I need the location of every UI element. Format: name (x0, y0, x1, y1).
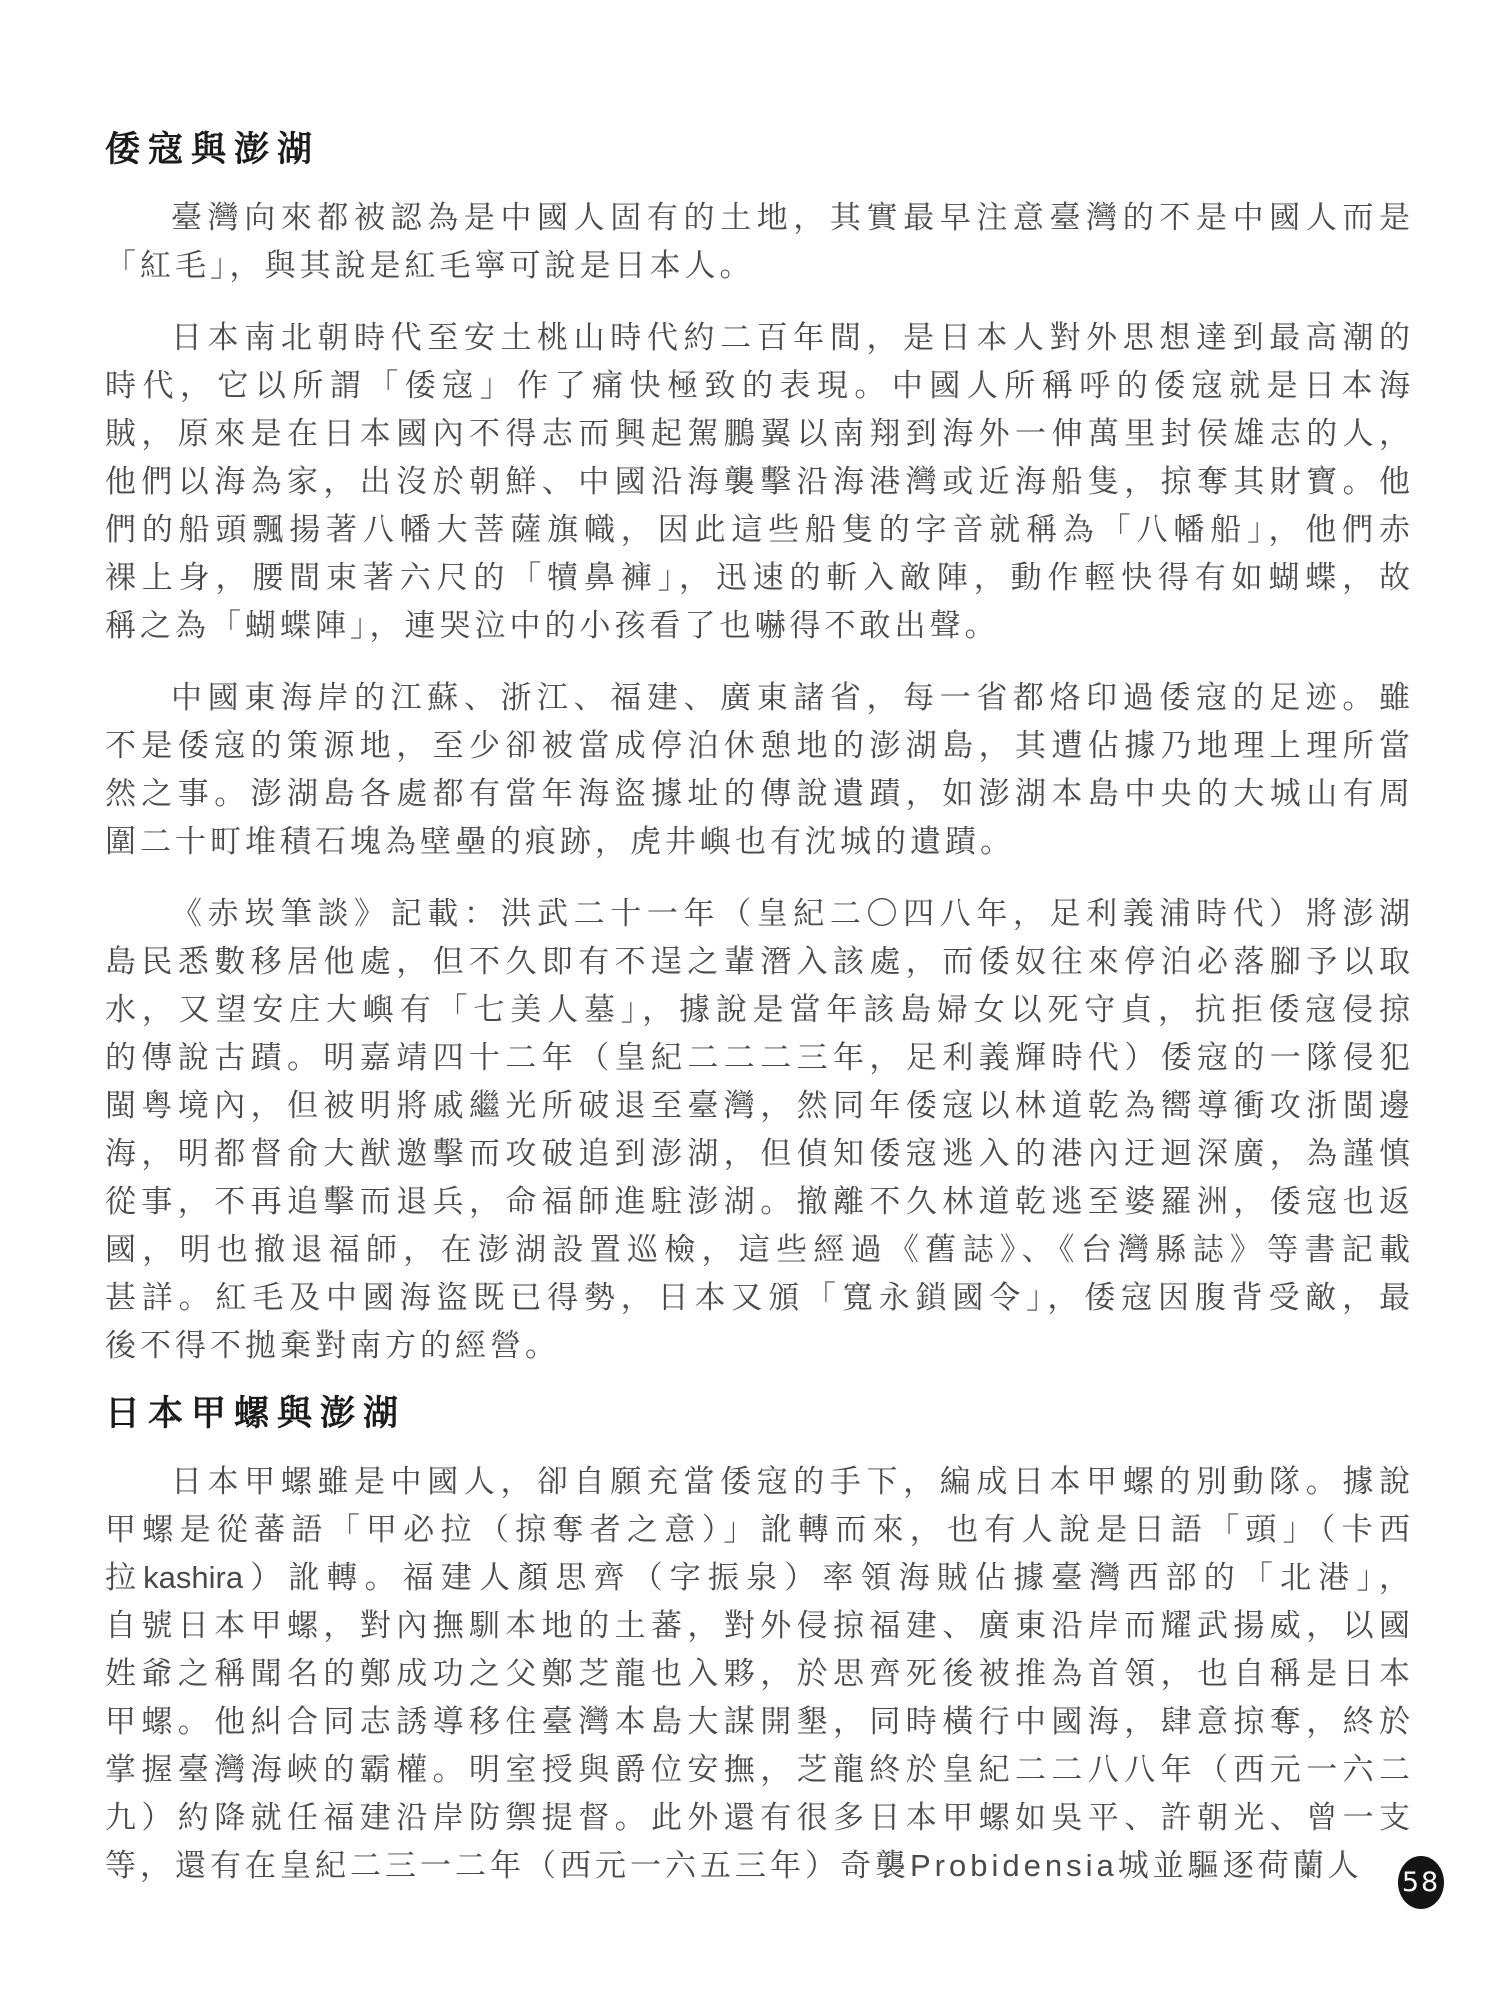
text-line: 從事，不再追擊而退兵，命福師進駐澎湖。撤離不久林道乾逃至婆羅洲，倭寇也返 (105, 1178, 1410, 1226)
text-line: 日本甲螺雖是中國人，卻自願充當倭寇的手下，編成日本甲螺的別動隊。據說 (105, 1458, 1410, 1506)
text-line: 圍二十町堆積石塊為壁壘的痕跡，虎井嶼也有沈城的遺蹟。 (105, 818, 1410, 866)
text-line: 的傳說古蹟。明嘉靖四十二年（皇紀二二二三年，足利義輝時代）倭寇的一隊侵犯 (105, 1034, 1410, 1082)
text-line: 閩粤境內，但被明將戚繼光所破退至臺灣，然同年倭寇以林道乾為嚮導衝攻浙閩邊 (105, 1082, 1410, 1130)
text-line: 「紅毛」，與其說是紅毛寧可說是日本人。 (105, 242, 1410, 290)
text-line: 後不得不拋棄對南方的經營。 (105, 1322, 1410, 1370)
text-line: 自號日本甲螺，對內撫馴本地的土蕃，對外侵掠福建、廣東沿岸而耀武揚威，以國 (105, 1602, 1410, 1650)
text-line: 甚詳。紅毛及中國海盜既已得勢，日本又頒「寬永鎖國令」，倭寇因腹背受敵，最 (105, 1274, 1410, 1322)
text-line: 臺灣向來都被認為是中國人固有的土地，其實最早注意臺灣的不是中國人而是 (105, 194, 1410, 242)
section-heading: 倭寇與澎湖 (105, 130, 1410, 170)
page-number: 58 (1402, 1867, 1440, 1898)
text-line: 國，明也撤退福師，在澎湖設置巡檢，這些經過《舊誌》、《台灣縣誌》等書記載 (105, 1226, 1410, 1274)
text-line: 島民悉數移居他處，但不久即有不逞之輩潛入該處，而倭奴往來停泊必落腳予以取 (105, 938, 1410, 986)
paragraph: 日本甲螺雖是中國人，卻自願充當倭寇的手下，編成日本甲螺的別動隊。據說甲螺是從蕃語… (105, 1458, 1410, 1890)
text-line: 中國東海岸的江蘇、浙江、福建、廣東諸省，每一省都烙印過倭寇的足迹。雖 (105, 674, 1410, 722)
text-line: 他們以海為家，出沒於朝鮮、中國沿海襲擊沿海港灣或近海船隻，掠奪其財寶。他 (105, 458, 1410, 506)
text-line: 掌握臺灣海峽的霸權。明室授與爵位安撫，芝龍終於皇紀二二八八年（西元一六二 (105, 1746, 1410, 1794)
text-line: 水，又望安庄大嶼有「七美人墓」，據說是當年該島婦女以死守貞，抗拒倭寇侵掠 (105, 986, 1410, 1034)
text-line: 《赤崁筆談》記載：洪武二十一年（皇紀二〇四八年，足利義浦時代）將澎湖 (105, 890, 1410, 938)
text-line: 甲螺是從蕃語「甲必拉（掠奪者之意）」訛轉而來，也有人說是日語「頭」（卡西 (105, 1506, 1410, 1554)
text-line: 日本南北朝時代至安土桃山時代約二百年間，是日本人對外思想達到最高潮的 (105, 314, 1410, 362)
paragraph: 臺灣向來都被認為是中國人固有的土地，其實最早注意臺灣的不是中國人而是「紅毛」，與… (105, 194, 1410, 290)
page-number-badge: 58 (1398, 1856, 1444, 1909)
text-line: 拉kashira）訛轉。福建人顏思齊（字振泉）率領海賊佔據臺灣西部的「北港」， (105, 1554, 1410, 1602)
text-line: 裸上身，腰間束著六尺的「犢鼻褲」，迅速的斬入敵陣，動作輕快得有如蝴蝶，故 (105, 554, 1410, 602)
paragraph: 中國東海岸的江蘇、浙江、福建、廣東諸省，每一省都烙印過倭寇的足迹。雖不是倭寇的策… (105, 674, 1410, 866)
text-line: 稱之為「蝴蝶陣」，連哭泣中的小孩看了也嚇得不敢出聲。 (105, 602, 1410, 650)
text-line: 賊，原來是在日本國內不得志而興起駕鵬翼以南翔到海外一伸萬里封侯雄志的人， (105, 410, 1410, 458)
section-heading: 日本甲螺與澎湖 (105, 1394, 1410, 1434)
text-line: 們的船頭飄揚著八幡大菩薩旗幟，因此這些船隻的字音就稱為「八幡船」，他們赤 (105, 506, 1410, 554)
text-line: 等，還有在皇紀二三一二年（西元一六五三年）奇襲Probidensia城並驅逐荷蘭… (105, 1842, 1410, 1890)
paragraph: 《赤崁筆談》記載：洪武二十一年（皇紀二〇四八年，足利義浦時代）將澎湖島民悉數移居… (105, 890, 1410, 1370)
text-line: 海，明都督俞大猷邀擊而攻破追到澎湖，但偵知倭寇逃入的港內迂迴深廣，為謹慎 (105, 1130, 1410, 1178)
text-line: 時代，它以所謂「倭寇」作了痛快極致的表現。中國人所稱呼的倭寇就是日本海 (105, 362, 1410, 410)
document-page: 倭寇與澎湖臺灣向來都被認為是中國人固有的土地，其實最早注意臺灣的不是中國人而是「… (0, 0, 1500, 1995)
text-line: 甲螺。他糾合同志誘導移住臺灣本島大謀開墾，同時橫行中國海，肆意掠奪，終於 (105, 1698, 1410, 1746)
text-column: 倭寇與澎湖臺灣向來都被認為是中國人固有的土地，其實最早注意臺灣的不是中國人而是「… (105, 130, 1410, 1914)
text-line: 姓爺之稱聞名的鄭成功之父鄭芝龍也入夥，於思齊死後被推為首領，也自稱是日本 (105, 1650, 1410, 1698)
text-line: 九）約降就任福建沿岸防禦提督。此外還有很多日本甲螺如吳平、許朝光、曾一支 (105, 1794, 1410, 1842)
paragraph: 日本南北朝時代至安土桃山時代約二百年間，是日本人對外思想達到最高潮的時代，它以所… (105, 314, 1410, 650)
text-line: 然之事。澎湖島各處都有當年海盜據址的傳說遺蹟，如澎湖本島中央的大城山有周 (105, 770, 1410, 818)
text-line: 不是倭寇的策源地，至少卻被當成停泊休憩地的澎湖島，其遭佔據乃地理上理所當 (105, 722, 1410, 770)
